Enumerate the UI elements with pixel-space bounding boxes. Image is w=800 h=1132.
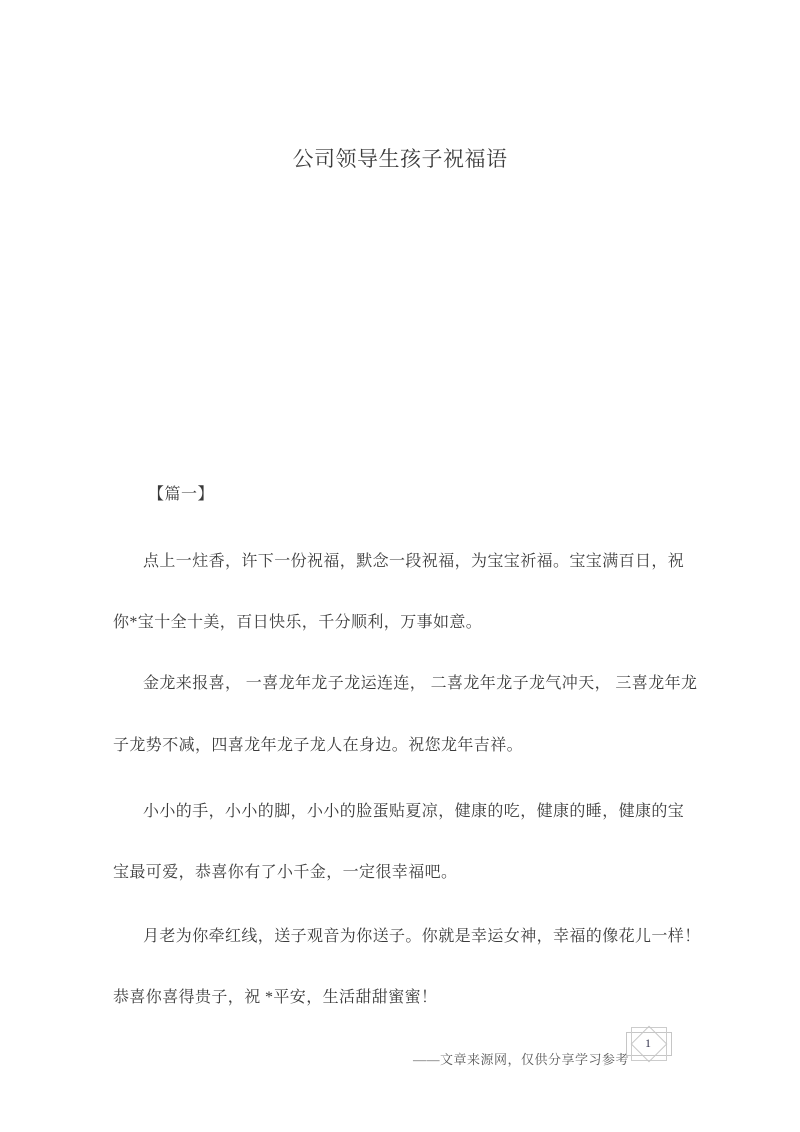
footer-source-note: ——文章来源网，仅供分享学习参考 [413, 1049, 629, 1068]
paragraph-line: 金龙来报喜， 一喜龙年龙子龙运连连， 二喜龙年龙子龙气冲天， 三喜龙年龙 [113, 673, 743, 694]
paragraph-line: 宝最可爱，恭喜你有了小千金，一定很幸福吧。 [113, 862, 713, 883]
document-page: 公司领导生孩子祝福语 【篇一】 点上一炷香，许下一份祝福，默念一段祝福，为宝宝祈… [0, 0, 800, 1132]
section-heading: 【篇一】 [148, 481, 214, 504]
paragraph-line: 恭喜你喜得贵子，祝 *平安，生活甜甜蜜蜜！ [113, 987, 713, 1008]
page-number: 1 [626, 1025, 670, 1061]
paragraph-line: 小小的手，小小的脚，小小的脸蛋贴夏凉，健康的吃，健康的睡，健康的宝 [113, 801, 743, 822]
paragraph-line: 月老为你牵红线，送子观音为你送子。你就是幸运女神，幸福的像花儿一样！ [113, 926, 743, 947]
paragraph-line: 子龙势不减，四喜龙年龙子龙人在身边。祝您龙年吉祥。 [113, 735, 713, 756]
paragraph-line: 点上一炷香，许下一份祝福，默念一段祝福，为宝宝祈福。宝宝满百日，祝 [113, 551, 743, 572]
document-title: 公司领导生孩子祝福语 [0, 143, 800, 173]
paragraph-line: 你*宝十全十美，百日快乐，千分顺利，万事如意。 [113, 612, 713, 633]
page-number-stamp: 1 [626, 1025, 672, 1063]
